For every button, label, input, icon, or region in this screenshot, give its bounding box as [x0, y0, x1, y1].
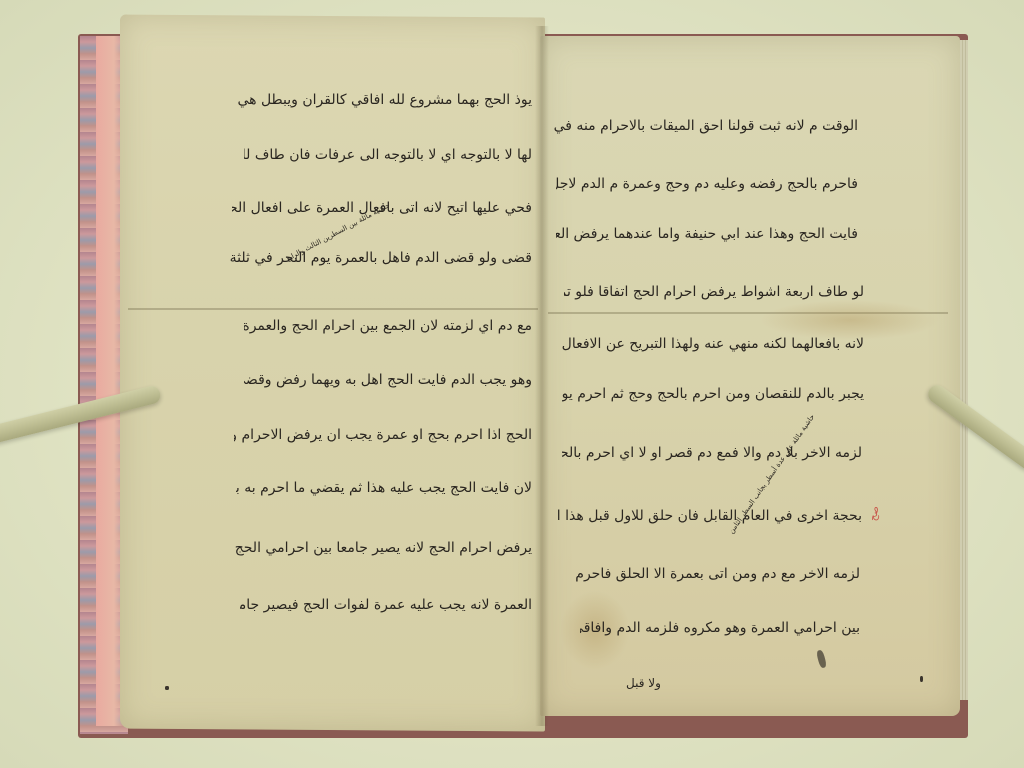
- right-line-3: فايت الحج وهذا عند ابي حنيفة واما عندهما…: [556, 226, 858, 242]
- left-page-fold: [128, 308, 538, 310]
- left-line-1: يوذ الحج بهما مشروع لله افاقي كالقران وي…: [232, 92, 532, 108]
- left-line-4: قضى ولو قضى الدم فاهل بالعمرة يوم النحر …: [230, 250, 532, 266]
- right-line-2: فاحرم بالحج رفضه وعليه دم وحج وعمرة م ال…: [556, 176, 858, 192]
- gutter: [535, 26, 549, 726]
- right-line-9: لزمه الاخر مع دم ومن اتى بعمرة الا الحلق…: [574, 566, 860, 582]
- left-line-7: الحج اذا احرم بحج او عمرة يجب ان يرفض ال…: [234, 427, 532, 443]
- catchword: ولا قبل: [626, 676, 661, 690]
- right-line-7: لزمه الاخر بلا دم والا فمع دم قصر او لا …: [562, 445, 862, 461]
- left-line-9: يرفض احرام الحج لانه يصير جامعا بين احرا…: [230, 540, 532, 556]
- ink-dot: [165, 686, 169, 690]
- left-line-2: لها لا بالتوجه اي لا بالتوجه الى عرفات ف…: [244, 147, 532, 163]
- right-line-4: لو طاف اربعة اشواط يرفض احرام الحج اتفاق…: [564, 284, 864, 300]
- right-line-6: يجبر بالدم للنقصان ومن احرم بالحج وحج ثم…: [562, 386, 864, 402]
- left-line-10: العمرة لانه يجب عليه عمرة لفوات الحج فيص…: [240, 597, 532, 613]
- ink-dot: [920, 676, 923, 682]
- left-line-5: مع دم اي لزمته لان الجمع بين احرام الحج …: [244, 318, 532, 334]
- left-line-6: وهو يجب الدم فايت الحج اهل به ويهما رفض …: [244, 372, 532, 388]
- water-stain: [760, 300, 940, 340]
- right-line-5: لانه بافعالهما لكنه منهي عنه ولهذا التبر…: [562, 336, 864, 352]
- right-line-10: بين احرامي العمرة وهو مكروه فلزمه الدم و…: [580, 620, 860, 636]
- right-line-8: بحجة اخرى في العام القابل فان حلق للاول …: [556, 508, 862, 524]
- left-line-8: لان فايت الحج يجب عليه هذا ثم يقضي ما اح…: [236, 480, 532, 496]
- manuscript-photo: يوذ الحج بهما مشروع لله افاقي كالقران وي…: [0, 0, 1024, 768]
- right-line-1: الوقت م لانه ثبت قولنا احق الميقات بالاح…: [548, 118, 858, 134]
